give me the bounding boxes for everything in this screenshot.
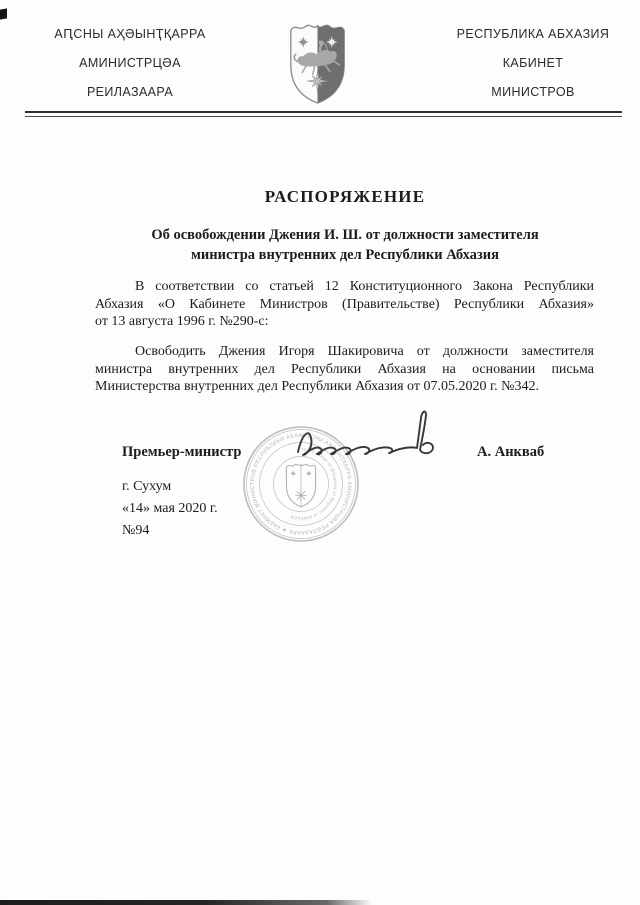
scan-artifact-bottom-edge [0,900,372,905]
document-number: №94 [122,523,149,539]
document-subject: Об освобождении Джения И. Ш. от должност… [110,226,580,265]
header-double-rule [25,111,622,117]
paragraph-legal-basis: В соответствии со статьей 12 Конституцио… [95,278,594,331]
paragraph-resolution: Освободить Джения Игоря Шакировича от до… [95,343,594,396]
scan-artifact-top-left [0,8,7,19]
stamp-center-shield [286,464,315,506]
handwritten-signature-scrawl [290,406,462,468]
signature-position-title: Премьер-министр [122,444,241,461]
document-title: РАСПОРЯЖЕНИЕ [95,187,595,207]
header-left-abkhazian-text: АԤСНЫ АҲӘЫНҬҚАРРААМИНИСТРЦӘАРЕИЛАЗААРА [30,27,230,99]
document-date: «14» мая 2020 г. [122,501,218,517]
abkhazia-coat-of-arms-icon [287,19,348,107]
document-place: г. Сухум [122,479,171,495]
header-right-russian-text: РЕСПУБЛИКА АБХАЗИЯКАБИНЕТМИНИСТРОВ [447,27,619,99]
signer-name: А. Анкваб [477,444,544,461]
